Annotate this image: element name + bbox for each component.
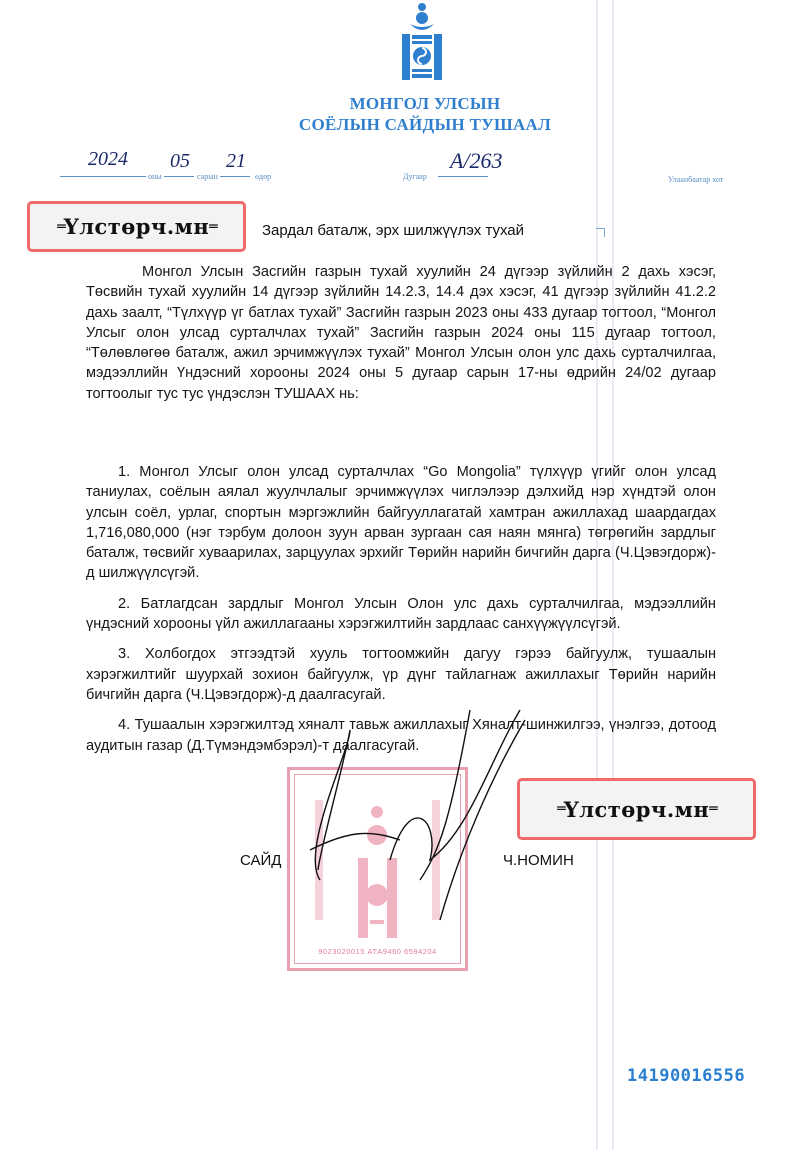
watermark-text: Үлстөрч.мн (64, 214, 210, 239)
corner-mark (596, 228, 605, 237)
handwritten-month: 05 (170, 150, 190, 173)
signatory-name: Ч.НОМИН (503, 852, 574, 869)
signatory-title: САЙД (240, 852, 281, 869)
day-underline (220, 176, 250, 177)
handwritten-number: А/263 (450, 148, 503, 174)
handwritten-year: 2024 (88, 148, 128, 171)
handwritten-day: 21 (226, 150, 246, 173)
serial-number: 14190016556 (627, 1066, 745, 1086)
year-label: оны (148, 172, 162, 181)
document-subject: Зардал баталж, эрх шилжүүлэх тухай (262, 222, 524, 239)
order-item-3: 3. Холбогдох этгээдтэй хууль тогтоомжийн… (86, 644, 716, 705)
watermark-badge: ═ Үлстөрч.мн ═ (517, 778, 756, 840)
month-underline (164, 176, 194, 177)
order-item-2: 2. Батлагдсан зардлыг Монгол Улсын Олон … (86, 594, 716, 635)
soyombo-emblem-icon (392, 2, 452, 86)
document-body: Монгол Улсын Засгийн газрын тухай хуулий… (86, 262, 716, 404)
wing-right-icon: ═ (209, 219, 215, 235)
stamp-number: 9023020015 АТА9460 6594204 (290, 947, 465, 956)
watermark-text: Үлстөрч.мн (564, 797, 710, 822)
watermark-badge: ═ Үлстөрч.мн ═ (27, 201, 246, 252)
org-name-line1: МОНГОЛ УЛСЫН (25, 94, 800, 114)
year-underline (60, 176, 146, 177)
day-label: өдөр (255, 172, 271, 181)
preamble-paragraph: Монгол Улсын Засгийн газрын тухай хуулий… (86, 262, 716, 404)
number-underline (438, 176, 488, 177)
number-label: Дугаар (403, 172, 427, 181)
signature-scribble (290, 700, 530, 930)
month-label: сарын (197, 172, 218, 181)
wing-right-icon: ═ (709, 801, 715, 817)
org-name-line2: СОЁЛЫН САЙДЫН ТУШААЛ (25, 115, 800, 135)
city-label: Улаанбаатар хот (668, 175, 723, 184)
order-item-1: 1. Монгол Улсыг олон улсад сурталчлах “G… (86, 462, 716, 584)
